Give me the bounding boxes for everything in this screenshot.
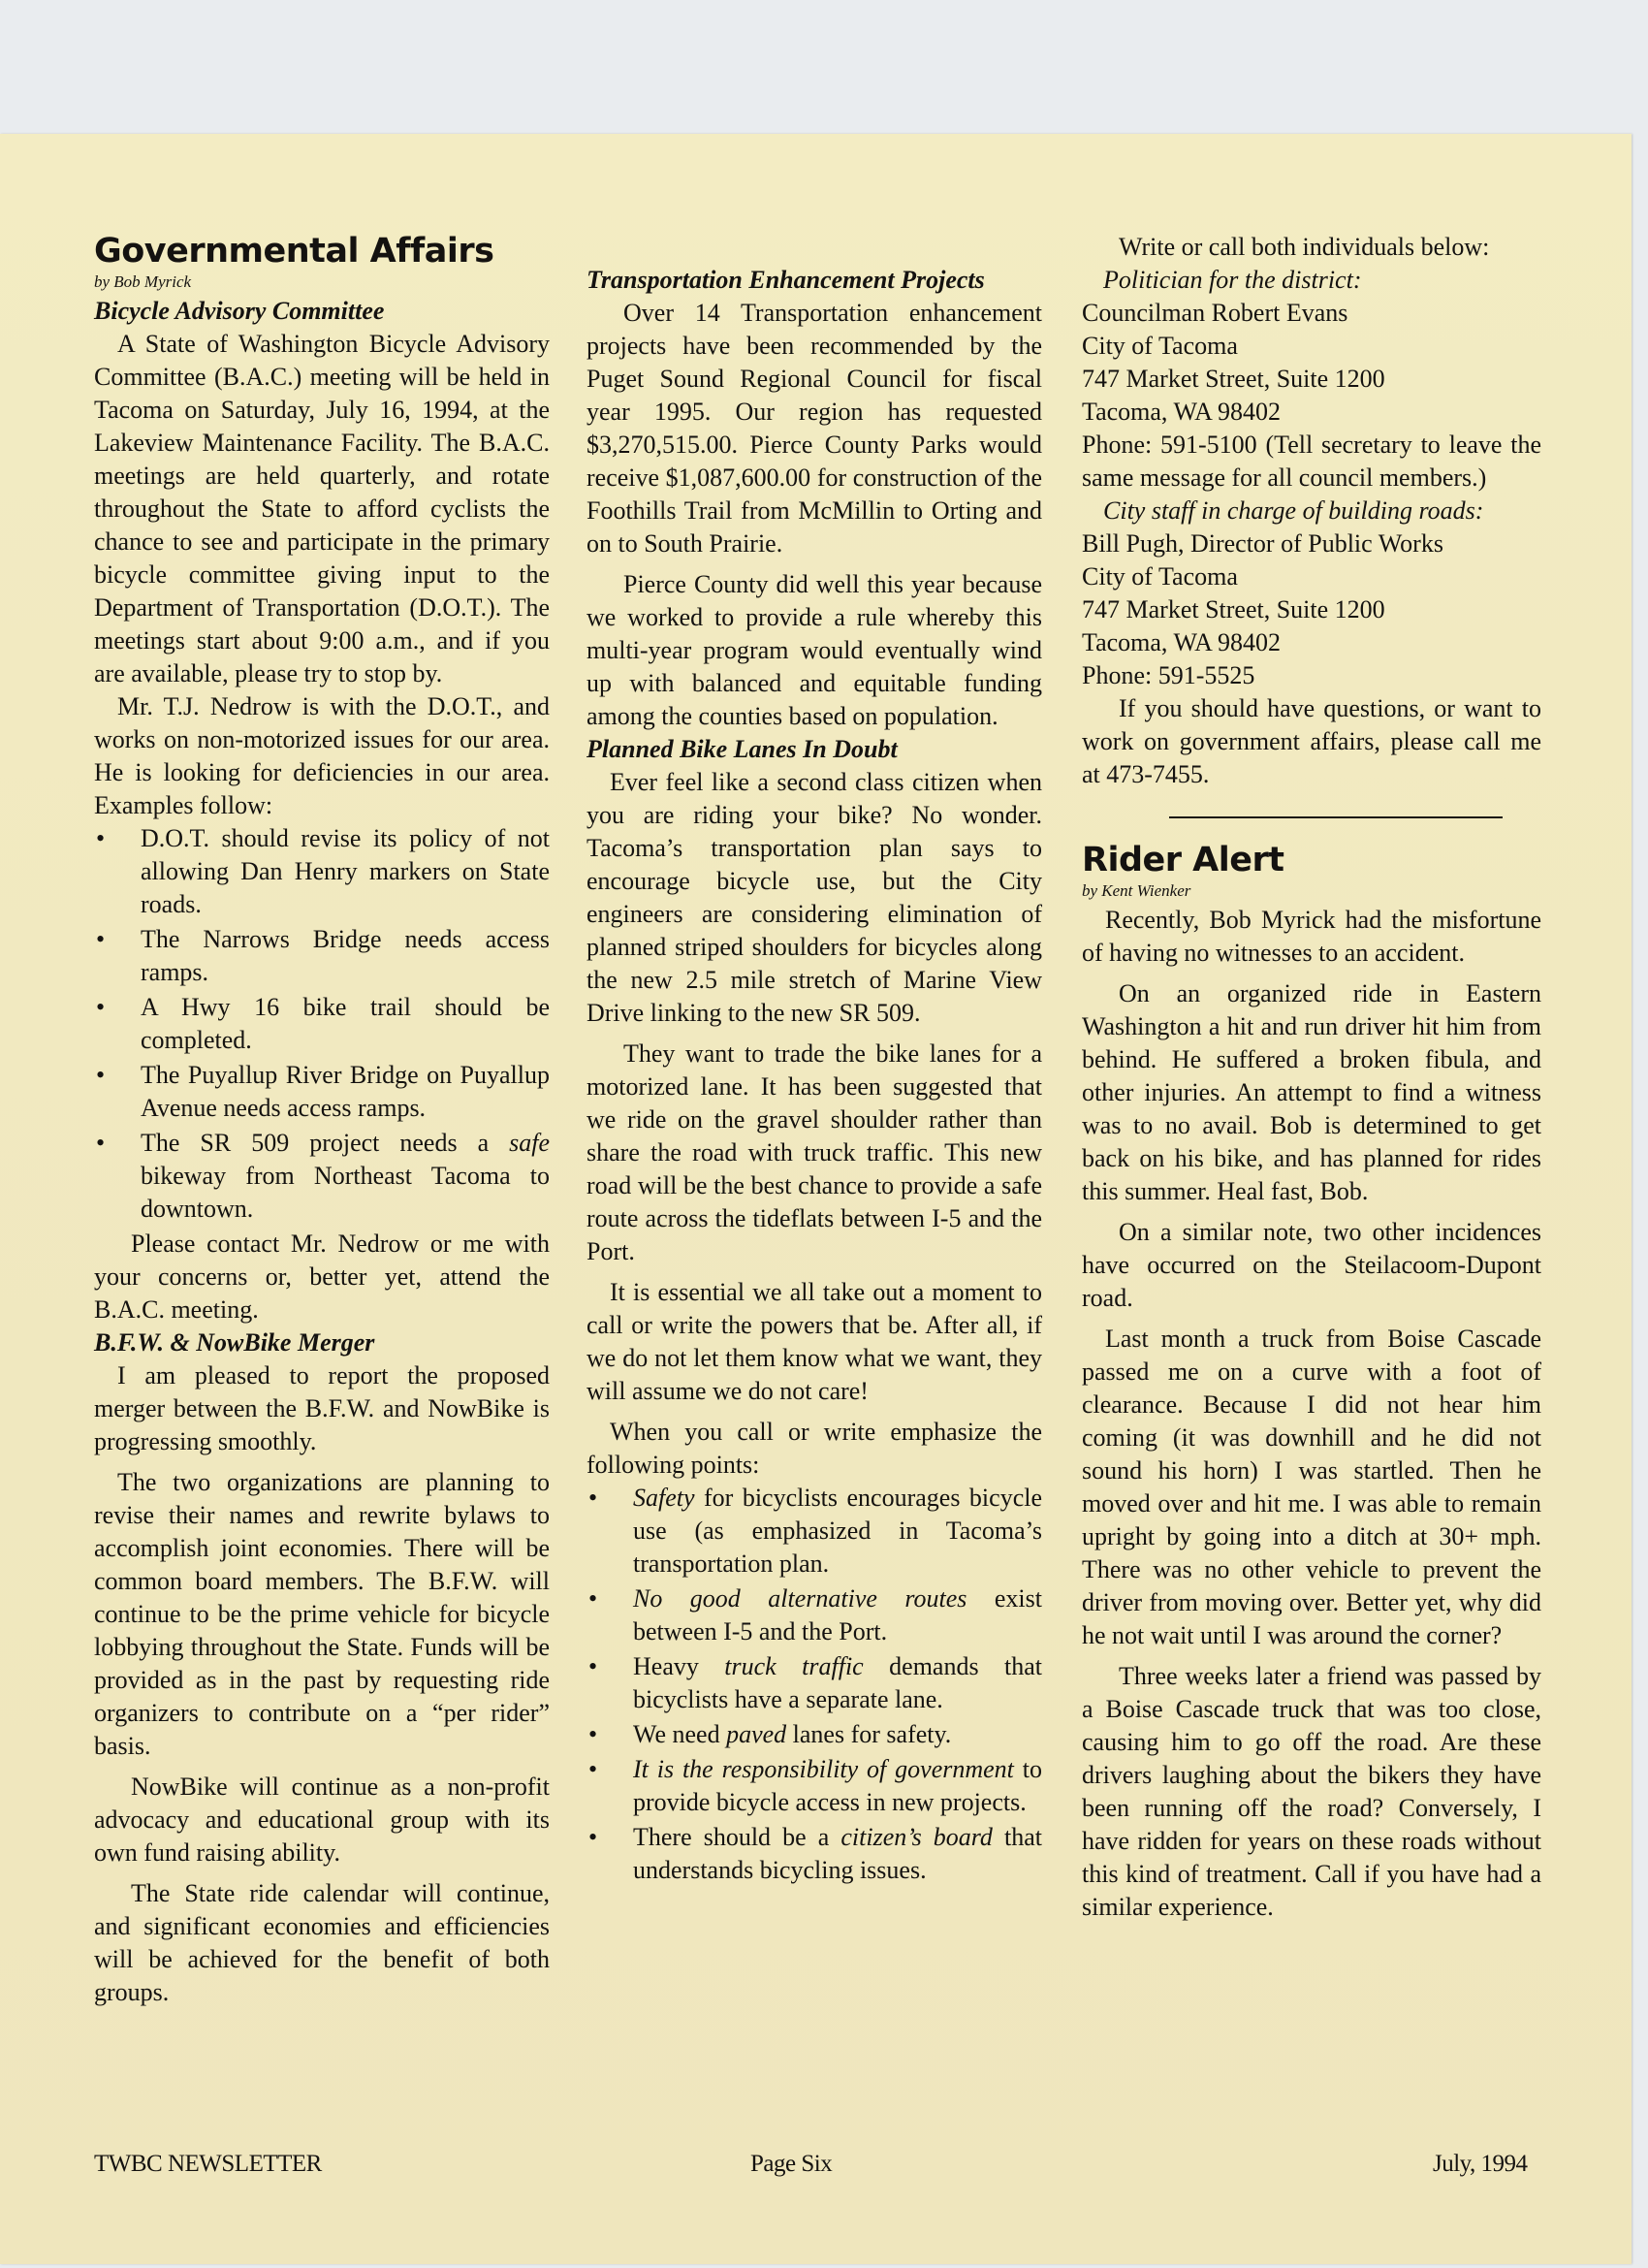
list-item-text: A Hwy 16 bike trail should be completed. [141,993,550,1054]
byline: by Bob Myrick [94,272,550,293]
bullet-icon: • [96,822,105,855]
list-item: •We need paved lanes for safety. [586,1718,1042,1751]
article-title-rider-alert: Rider Alert [1082,840,1541,880]
paragraph: A State of Washington Bicycle Advisory C… [94,328,550,690]
bullet-icon: • [588,1718,597,1751]
paragraph: Write or call both individuals below: [1082,231,1541,264]
footer-date: July, 1994 [1433,2150,1528,2179]
bullet-icon: • [96,1127,105,1160]
contact-label: City staff in charge of building roads: [1082,495,1541,527]
paragraph: NowBike will continue as a non-profit ad… [94,1771,550,1869]
list-item: •A Hwy 16 bike trail should be completed… [94,991,550,1057]
list-item-text: There should be a [633,1823,840,1851]
column-1: Governmental Affairs by Bob Myrick Bicyc… [94,231,550,2009]
contact-org: City of Tacoma [1082,330,1541,363]
paragraph: I am pleased to report the proposed merg… [94,1359,550,1458]
paragraph: Pierce County did well this year because… [586,568,1042,733]
list-item: •Heavy truck traffic demands that bicycl… [586,1650,1042,1716]
list-item-text: The SR 509 project needs a [141,1129,509,1157]
paragraph: Mr. T.J. Nedrow is with the D.O.T., and … [94,690,550,822]
emphasis: Safety [633,1484,695,1512]
list-item-text: The Narrows Bridge needs access ramps. [141,925,550,986]
contact-street: 747 Market Street, Suite 1200 [1082,363,1541,396]
section-divider [1169,816,1503,818]
list-item: •D.O.T. should revise its policy of not … [94,822,550,921]
bullet-icon: • [588,1821,597,1854]
list-item-text: D.O.T. should revise its policy of not a… [141,824,550,918]
list-item: •Safety for bicyclists encourages bicycl… [586,1482,1042,1581]
paragraph: Last month a truck from Boise Cascade pa… [1082,1323,1541,1652]
emphasis: No good alternative routes [633,1584,967,1613]
contact-org: City of Tacoma [1082,560,1541,593]
paragraph: Ever feel like a second class citizen wh… [586,766,1042,1030]
column-3: Write or call both individuals below: Po… [1082,231,1541,1924]
paragraph: They want to trade the bike lanes for a … [586,1038,1042,1268]
list-item-text: lanes for safety. [786,1720,951,1748]
bullet-icon: • [588,1482,597,1515]
footer-page-number: Page Six [750,2150,832,2179]
paragraph: On an organized ride in Eastern Washingt… [1082,977,1541,1208]
paragraph: It is essential we all take out a moment… [586,1276,1042,1408]
bullet-icon: • [588,1582,597,1615]
list-item-text: bikeway from Northeast Tacoma to downtow… [141,1162,550,1223]
contact-name: Councilman Robert Evans [1082,297,1541,330]
list-item: •It is the responsibility of government … [586,1753,1042,1819]
paragraph: Recently, Bob Myrick had the misfortune … [1082,904,1541,970]
column-2: Transportation Enhancement Projects Over… [586,264,1042,1889]
paragraph: Three weeks later a friend was passed by… [1082,1660,1541,1924]
contact-city: Tacoma, WA 98402 [1082,626,1541,659]
list-item-text: for bicyclists encourages bicycle use (a… [633,1484,1042,1578]
contact-street: 747 Market Street, Suite 1200 [1082,593,1541,626]
emphasis: paved [726,1720,786,1748]
list-item: •The Narrows Bridge needs access ramps. [94,923,550,989]
list-item-text: Heavy [633,1652,724,1680]
list-item-text: The Puyallup River Bridge on Puyallup Av… [141,1061,550,1122]
bullet-icon: • [96,923,105,956]
list-item: •No good alternative routes exist betwee… [586,1582,1042,1648]
contact-label: Politician for the district: [1082,264,1541,297]
list-item: •The SR 509 project needs a safe bikeway… [94,1127,550,1226]
paragraph: If you should have questions, or want to… [1082,692,1541,791]
subhead-bike-lanes: Planned Bike Lanes In Doubt [586,733,1042,766]
article-title-governmental-affairs: Governmental Affairs [94,231,550,272]
bullet-icon: • [588,1650,597,1683]
emphasis: safe [509,1129,550,1157]
paragraph: The two organizations are planning to re… [94,1466,550,1763]
bullet-icon: • [96,991,105,1024]
deficiency-list: •D.O.T. should revise its policy of not … [94,822,550,1226]
contact-phone: Phone: 591-5525 [1082,659,1541,692]
subhead-enhancement: Transportation Enhancement Projects [586,264,1042,297]
paragraph: On a similar note, two other incidences … [1082,1216,1541,1315]
subhead-bac: Bicycle Advisory Committee [94,295,550,328]
list-item: •The Puyallup River Bridge on Puyallup A… [94,1059,550,1125]
emphasis: truck traffic [724,1652,863,1680]
subhead-merger: B.F.W. & NowBike Merger [94,1326,550,1359]
emphasis: citizen’s board [840,1823,993,1851]
contact-phone: Phone: 591-5100 (Tell secretary to leave… [1082,429,1541,495]
paragraph: When you call or write emphasize the fol… [586,1416,1042,1482]
list-item: •There should be a citizen’s board that … [586,1821,1042,1887]
footer-newsletter-name: TWBC NEWSLETTER [94,2150,322,2179]
paragraph: Please contact Mr. Nedrow or me with you… [94,1228,550,1326]
contact-city: Tacoma, WA 98402 [1082,396,1541,429]
contact-name: Bill Pugh, Director of Public Works [1082,527,1541,560]
bullet-icon: • [96,1059,105,1092]
bullet-icon: • [588,1753,597,1786]
byline: by Kent Wienker [1082,880,1541,902]
list-item-text: We need [633,1720,726,1748]
paragraph: Over 14 Transportation enhancement proje… [586,297,1042,560]
emphasis: It is the responsibility of government [633,1755,1014,1783]
points-list: •Safety for bicyclists encourages bicycl… [586,1482,1042,1887]
paragraph: The State ride calendar will continue, a… [94,1877,550,2009]
